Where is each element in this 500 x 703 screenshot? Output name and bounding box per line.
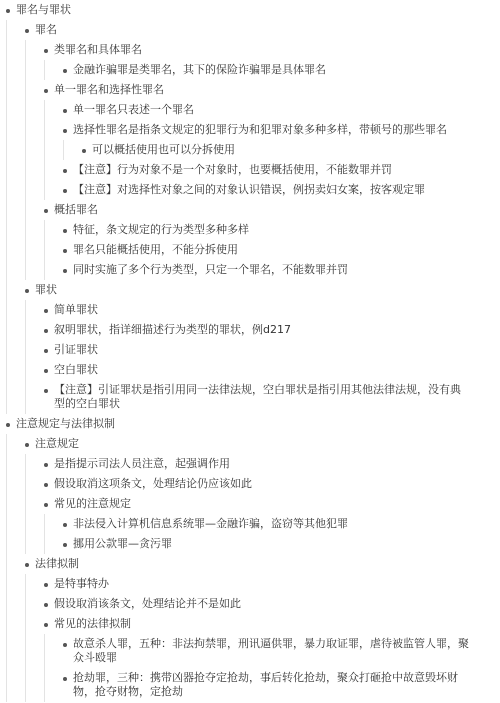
outline-item-label: 罪名只能概括使用，不能分拆使用	[73, 243, 500, 257]
bullet-icon[interactable]	[44, 623, 48, 627]
outline-item-label: 【注意】对选择性对象之间的对象认识错误，例拐卖妇女案，按客观定罪	[73, 183, 500, 197]
bullet-icon[interactable]	[63, 249, 67, 253]
outline-node: 罪名与罪状 罪名 类罪名和具体罪名	[0, 0, 500, 414]
outline-node: 叙明罪状，指详细描述行为类型的罪状，例d217	[38, 320, 500, 340]
bullet-icon[interactable]	[44, 329, 48, 333]
outline-item-label: 罪名与罪状	[16, 3, 500, 17]
bullet-icon[interactable]	[44, 483, 48, 487]
outline-item-label: 金融诈骗罪是类罪名，其下的保险诈骗罪是具体罪名	[73, 63, 500, 77]
outline-node: 常见的法律拟制 故意杀人罪，五种：非法拘禁罪，刑讯逼供罪，暴力取证罪，虐待被监管…	[38, 614, 500, 702]
outline-node: 【注意】引证罪状是指引用同一法律法规，空白罪状是指引用其他法律法规，没有典型的空…	[38, 380, 500, 414]
bullet-icon[interactable]	[25, 29, 29, 33]
outline-item-label: 同时实施了多个行为类型，只定一个罪名，不能数罪并罚	[73, 263, 500, 277]
outline-children: 是指提示司法人员注意，起强调作用 假设取消这项条文，处理结论仍应该如此	[25, 454, 500, 554]
outline-item[interactable]: 挪用公款罪—贪污罪	[57, 534, 500, 554]
bullet-icon[interactable]	[44, 209, 48, 213]
outline-children: 是特事特办 假设取消该条文，处理结论并不是如此	[25, 574, 500, 702]
outline-node: 引证罪状	[38, 340, 500, 360]
outline-node: 常见的注意规定 非法侵入计算机信息系统罪—金融诈骗，盗窃等其他犯罪	[38, 494, 500, 554]
outline-node: 单一罪名只表述一个罪名	[57, 100, 500, 120]
outline-item-label: 叙明罪状，指详细描述行为类型的罪状，例d217	[54, 323, 500, 337]
outline-item-label: 空白罪状	[54, 363, 500, 377]
outline-item[interactable]: 注意规定	[19, 434, 500, 454]
outline-item[interactable]: 注意规定与法律拟制	[0, 414, 500, 434]
bullet-icon[interactable]	[63, 229, 67, 233]
outline-item-label: 选择性罪名是指条文规定的犯罪行为和犯罪对象多种多样，带顿号的那些罪名	[73, 123, 500, 137]
bullet-icon[interactable]	[63, 269, 67, 273]
outline-item-label: 单一罪名和选择性罪名	[54, 83, 500, 97]
outline-item[interactable]: 是指提示司法人员注意，起强调作用	[38, 454, 500, 474]
outline-node: 是指提示司法人员注意，起强调作用	[38, 454, 500, 474]
outline-node: 罪名只能概括使用，不能分拆使用	[57, 240, 500, 260]
bullet-icon[interactable]	[25, 289, 29, 293]
outline-item-label: 【注意】行为对象不是一个对象时，也要概括使用，不能数罪并罚	[73, 163, 500, 177]
bullet-icon[interactable]	[63, 543, 67, 547]
outline-item-label: 类罪名和具体罪名	[54, 43, 500, 57]
outline-item-label: 可以概括使用也可以分拆使用	[92, 143, 500, 157]
outline-item[interactable]: 单一罪名和选择性罪名	[38, 80, 500, 100]
outline-item-label: 注意规定与法律拟制	[16, 417, 500, 431]
outline-item[interactable]: 选择性罪名是指条文规定的犯罪行为和犯罪对象多种多样，带顿号的那些罪名	[57, 120, 500, 140]
outline-node: 抢劫罪，三种：携带凶器抢夺定抢劫，事后转化抢劫，聚众打砸抢中故意毁坏财物，抢夺财…	[57, 668, 500, 702]
outline-node: 是特事特办	[38, 574, 500, 594]
bullet-icon[interactable]	[63, 643, 67, 647]
outline-node: 同时实施了多个行为类型，只定一个罪名，不能数罪并罚	[57, 260, 500, 280]
outline-item-label: 注意规定	[35, 437, 500, 451]
bullet-icon[interactable]	[44, 583, 48, 587]
outline-children: 故意杀人罪，五种：非法拘禁罪，刑讯逼供罪，暴力取证罪，虐待被监管人罪，聚众斗殴罪…	[44, 634, 500, 702]
outline-item-label: 罪名	[35, 23, 500, 37]
outline-item[interactable]: 故意杀人罪，五种：非法拘禁罪，刑讯逼供罪，暴力取证罪，虐待被监管人罪，聚众斗殴罪	[57, 634, 500, 668]
outline-item[interactable]: 法律拟制	[19, 554, 500, 574]
bullet-icon[interactable]	[44, 463, 48, 467]
outline-item[interactable]: 【注意】引证罪状是指引用同一法律法规，空白罪状是指引用其他法律法规，没有典型的空…	[38, 380, 500, 414]
outline-item-label: 挪用公款罪—贪污罪	[73, 537, 500, 551]
bullet-icon[interactable]	[63, 677, 67, 681]
outline-node: 选择性罪名是指条文规定的犯罪行为和犯罪对象多种多样，带顿号的那些罪名 可以概括使…	[57, 120, 500, 160]
outline-node: 故意杀人罪，五种：非法拘禁罪，刑讯逼供罪，暴力取证罪，虐待被监管人罪，聚众斗殴罪	[57, 634, 500, 668]
outline-item-label: 罪状	[35, 283, 500, 297]
outline-node: 挪用公款罪—贪污罪	[57, 534, 500, 554]
outline-item[interactable]: 【注意】对选择性对象之间的对象认识错误，例拐卖妇女案，按客观定罪	[57, 180, 500, 200]
outline-item-label: 是特事特办	[54, 577, 500, 591]
outline-item[interactable]: 概括罪名	[38, 200, 500, 220]
outline-item[interactable]: 空白罪状	[38, 360, 500, 380]
bullet-icon[interactable]	[44, 349, 48, 353]
outline-item-label: 简单罪状	[54, 303, 500, 317]
outline-item[interactable]: 类罪名和具体罪名	[38, 40, 500, 60]
outline-node: 罪名 类罪名和具体罪名	[19, 20, 500, 280]
outline-item-label: 单一罪名只表述一个罪名	[73, 103, 500, 117]
outline-item-label: 假设取消该条文，处理结论并不是如此	[54, 597, 500, 611]
outline-item[interactable]: 简单罪状	[38, 300, 500, 320]
bullet-icon[interactable]	[44, 603, 48, 607]
outline-item[interactable]: 常见的注意规定	[38, 494, 500, 514]
outline-item[interactable]: 罪名	[19, 20, 500, 40]
outline-node: 空白罪状	[38, 360, 500, 380]
outline-children: 注意规定 是指提示司法人员注意，起强调作用 假设取消这项	[6, 434, 500, 702]
outline-node: 可以概括使用也可以分拆使用	[76, 140, 500, 160]
outline-item[interactable]: 罪状	[19, 280, 500, 300]
outline-children: 特征，条文规定的行为类型多种多样 罪名只能概括使用，不能分拆使用	[44, 220, 500, 280]
bullet-icon[interactable]	[25, 443, 29, 447]
outline-node: 非法侵入计算机信息系统罪—金融诈骗，盗窃等其他犯罪	[57, 514, 500, 534]
bullet-icon[interactable]	[63, 129, 67, 133]
outline-children: 单一罪名只表述一个罪名 选择性罪名是指条文规定的犯罪行为和犯罪对象多种多样，带顿…	[44, 100, 500, 200]
bullet-icon[interactable]	[6, 423, 10, 427]
bullet-icon[interactable]	[44, 309, 48, 313]
bullet-icon[interactable]	[63, 189, 67, 193]
outline-node: 假设取消这项条文，处理结论仍应该如此	[38, 474, 500, 494]
outline-node: 注意规定与法律拟制 注意规定 是指提示司法人员注意，起强调作用	[0, 414, 500, 702]
outline-children: 罪名 类罪名和具体罪名	[6, 20, 500, 414]
outline-item-label: 是指提示司法人员注意，起强调作用	[54, 457, 500, 471]
outline-item[interactable]: 特征，条文规定的行为类型多种多样	[57, 220, 500, 240]
bullet-icon[interactable]	[44, 89, 48, 93]
bullet-icon[interactable]	[44, 49, 48, 53]
bullet-icon[interactable]	[44, 389, 48, 393]
outline-node: 简单罪状	[38, 300, 500, 320]
outline-item[interactable]: 单一罪名只表述一个罪名	[57, 100, 500, 120]
outline-item[interactable]: 可以概括使用也可以分拆使用	[76, 140, 500, 160]
outline-children: 可以概括使用也可以分拆使用	[63, 140, 500, 160]
outline-node: 【注意】对选择性对象之间的对象认识错误，例拐卖妇女案，按客观定罪	[57, 180, 500, 200]
outline-children: 类罪名和具体罪名 金融诈骗罪是类罪名，其下的保险诈骗罪是具体罪名	[25, 40, 500, 280]
outline-item[interactable]: 罪名只能概括使用，不能分拆使用	[57, 240, 500, 260]
outline-item[interactable]: 【注意】行为对象不是一个对象时，也要概括使用，不能数罪并罚	[57, 160, 500, 180]
outline-node: 单一罪名和选择性罪名 单一罪名只表述一个罪名	[38, 80, 500, 200]
outline-item-label: 故意杀人罪，五种：非法拘禁罪，刑讯逼供罪，暴力取证罪，虐待被监管人罪，聚众斗殴罪	[73, 637, 500, 665]
outline-item-label: 常见的法律拟制	[54, 617, 500, 631]
outline-children: 非法侵入计算机信息系统罪—金融诈骗，盗窃等其他犯罪 挪用公款罪—贪污罪	[44, 514, 500, 554]
outline-item[interactable]: 常见的法律拟制	[38, 614, 500, 634]
outline-document: 罪名与罪状 罪名 类罪名和具体罪名	[0, 0, 500, 702]
outline-item[interactable]: 罪名与罪状	[0, 0, 500, 20]
outline-item[interactable]: 金融诈骗罪是类罪名，其下的保险诈骗罪是具体罪名	[57, 60, 500, 80]
outline-node: 假设取消该条文，处理结论并不是如此	[38, 594, 500, 614]
bullet-icon[interactable]	[63, 109, 67, 113]
outline-item-label: 法律拟制	[35, 557, 500, 571]
outline-item[interactable]: 引证罪状	[38, 340, 500, 360]
outline-node: 特征，条文规定的行为类型多种多样	[57, 220, 500, 240]
outline-item[interactable]: 假设取消该条文，处理结论并不是如此	[38, 594, 500, 614]
outline-item[interactable]: 非法侵入计算机信息系统罪—金融诈骗，盗窃等其他犯罪	[57, 514, 500, 534]
outline-list: 罪名与罪状 罪名 类罪名和具体罪名	[0, 0, 500, 702]
outline-item-label: 引证罪状	[54, 343, 500, 357]
outline-item-label: 非法侵入计算机信息系统罪—金融诈骗，盗窃等其他犯罪	[73, 517, 500, 531]
bullet-icon[interactable]	[6, 9, 10, 13]
outline-node: 概括罪名 特征，条文规定的行为类型多种多样	[38, 200, 500, 280]
outline-item[interactable]: 是特事特办	[38, 574, 500, 594]
bullet-icon[interactable]	[82, 149, 86, 153]
bullet-icon[interactable]	[63, 169, 67, 173]
outline-item-label: 【注意】引证罪状是指引用同一法律法规，空白罪状是指引用其他法律法规，没有典型的空…	[54, 383, 500, 411]
outline-node: 罪状 简单罪状 叙明罪状，指详细描述行为类型的罪状，例d	[19, 280, 500, 414]
outline-item-label: 抢劫罪，三种：携带凶器抢夺定抢劫，事后转化抢劫，聚众打砸抢中故意毁坏财物，抢夺财…	[73, 671, 500, 699]
outline-item[interactable]: 同时实施了多个行为类型，只定一个罪名，不能数罪并罚	[57, 260, 500, 280]
outline-item-label: 假设取消这项条文，处理结论仍应该如此	[54, 477, 500, 491]
outline-item[interactable]: 抢劫罪，三种：携带凶器抢夺定抢劫，事后转化抢劫，聚众打砸抢中故意毁坏财物，抢夺财…	[57, 668, 500, 702]
outline-children: 金融诈骗罪是类罪名，其下的保险诈骗罪是具体罪名	[44, 60, 500, 80]
outline-item-label: 概括罪名	[54, 203, 500, 217]
bullet-icon[interactable]	[63, 523, 67, 527]
outline-node: 注意规定 是指提示司法人员注意，起强调作用 假设取消这项	[19, 434, 500, 554]
outline-children: 简单罪状 叙明罪状，指详细描述行为类型的罪状，例d217	[25, 300, 500, 414]
outline-item-label: 常见的注意规定	[54, 497, 500, 511]
outline-node: 【注意】行为对象不是一个对象时，也要概括使用，不能数罪并罚	[57, 160, 500, 180]
bullet-icon[interactable]	[44, 503, 48, 507]
outline-node: 金融诈骗罪是类罪名，其下的保险诈骗罪是具体罪名	[57, 60, 500, 80]
outline-item-label: 特征，条文规定的行为类型多种多样	[73, 223, 500, 237]
bullet-icon[interactable]	[25, 563, 29, 567]
outline-node: 类罪名和具体罪名 金融诈骗罪是类罪名，其下的保险诈骗罪是具体罪名	[38, 40, 500, 80]
bullet-icon[interactable]	[63, 69, 67, 73]
outline-node: 法律拟制 是特事特办 假设取消该条文，处理结论并不是如此	[19, 554, 500, 702]
bullet-icon[interactable]	[44, 369, 48, 373]
outline-item[interactable]: 假设取消这项条文，处理结论仍应该如此	[38, 474, 500, 494]
outline-item[interactable]: 叙明罪状，指详细描述行为类型的罪状，例d217	[38, 320, 500, 340]
